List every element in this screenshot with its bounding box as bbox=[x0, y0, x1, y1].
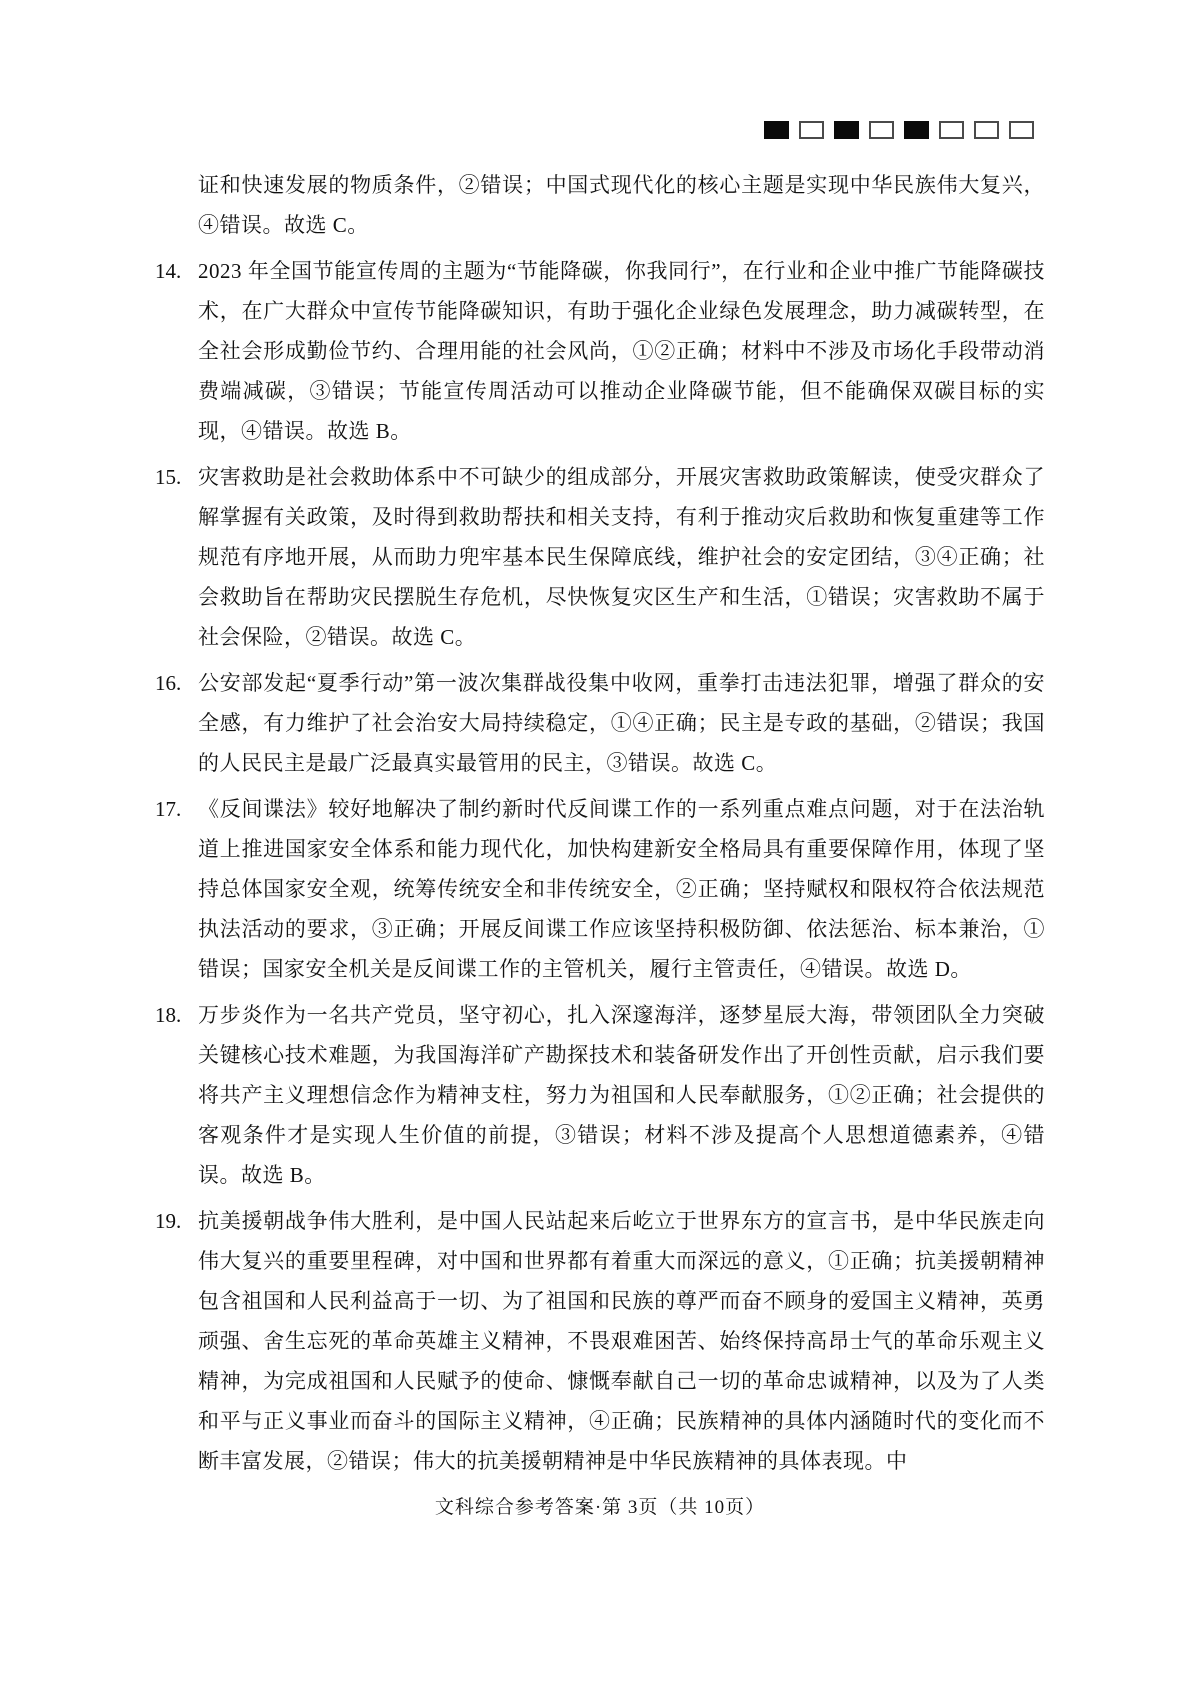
item-number: 14. bbox=[155, 251, 181, 291]
registration-mark bbox=[799, 121, 824, 139]
item-text: 灾害救助是社会救助体系中不可缺少的组成部分，开展灾害救助政策解读，使受灾群众了解… bbox=[198, 465, 1045, 649]
answer-item-14: 14. 2023 年全国节能宣传周的主题为“节能降碳，你我同行”，在行业和企业中… bbox=[155, 251, 1045, 451]
item-text: 2023 年全国节能宣传周的主题为“节能降碳，你我同行”，在行业和企业中推广节能… bbox=[198, 259, 1045, 443]
item-number: 18. bbox=[155, 995, 181, 1035]
item-text: 抗美援朝战争伟大胜利，是中国人民站起来后屹立于世界东方的宣言书，是中华民族走向伟… bbox=[198, 1209, 1045, 1473]
item-text: 《反间谍法》较好地解决了制约新时代反间谍工作的一系列重点难点问题，对于在法治轨道… bbox=[198, 797, 1045, 981]
answer-item-19: 19. 抗美援朝战争伟大胜利，是中国人民站起来后屹立于世界东方的宣言书，是中华民… bbox=[155, 1201, 1045, 1481]
answer-item-17: 17. 《反间谍法》较好地解决了制约新时代反间谍工作的一系列重点难点问题，对于在… bbox=[155, 789, 1045, 989]
item-number: 19. bbox=[155, 1201, 181, 1241]
item-text: 公安部发起“夏季行动”第一波次集群战役集中收网，重拳打击违法犯罪，增强了群众的安… bbox=[198, 671, 1045, 775]
item-text: 万步炎作为一名共产党员，坚守初心，扎入深邃海洋，逐梦星辰大海，带领团队全力突破关… bbox=[198, 1003, 1045, 1187]
registration-mark bbox=[939, 121, 964, 139]
registration-marks bbox=[764, 121, 1034, 139]
registration-mark bbox=[904, 121, 929, 139]
continuation-paragraph: 证和快速发展的物质条件，②错误；中国式现代化的核心主题是实现中华民族伟大复兴，④… bbox=[155, 165, 1045, 245]
registration-mark bbox=[764, 121, 789, 139]
item-number: 17. bbox=[155, 789, 181, 829]
answer-item-18: 18. 万步炎作为一名共产党员，坚守初心，扎入深邃海洋，逐梦星辰大海，带领团队全… bbox=[155, 995, 1045, 1195]
item-number: 15. bbox=[155, 457, 181, 497]
registration-mark bbox=[869, 121, 894, 139]
registration-mark bbox=[974, 121, 999, 139]
page-footer: 文科综合参考答案·第 3页（共 10页） bbox=[155, 1495, 1045, 1521]
document-page: 证和快速发展的物质条件，②错误；中国式现代化的核心主题是实现中华民族伟大复兴，④… bbox=[0, 0, 1200, 1698]
item-number: 16. bbox=[155, 663, 181, 703]
answer-content: 证和快速发展的物质条件，②错误；中国式现代化的核心主题是实现中华民族伟大复兴，④… bbox=[155, 165, 1045, 1521]
registration-mark bbox=[834, 121, 859, 139]
registration-mark bbox=[1009, 121, 1034, 139]
answer-item-15: 15. 灾害救助是社会救助体系中不可缺少的组成部分，开展灾害救助政策解读，使受灾… bbox=[155, 457, 1045, 657]
answer-item-16: 16. 公安部发起“夏季行动”第一波次集群战役集中收网，重拳打击违法犯罪，增强了… bbox=[155, 663, 1045, 783]
